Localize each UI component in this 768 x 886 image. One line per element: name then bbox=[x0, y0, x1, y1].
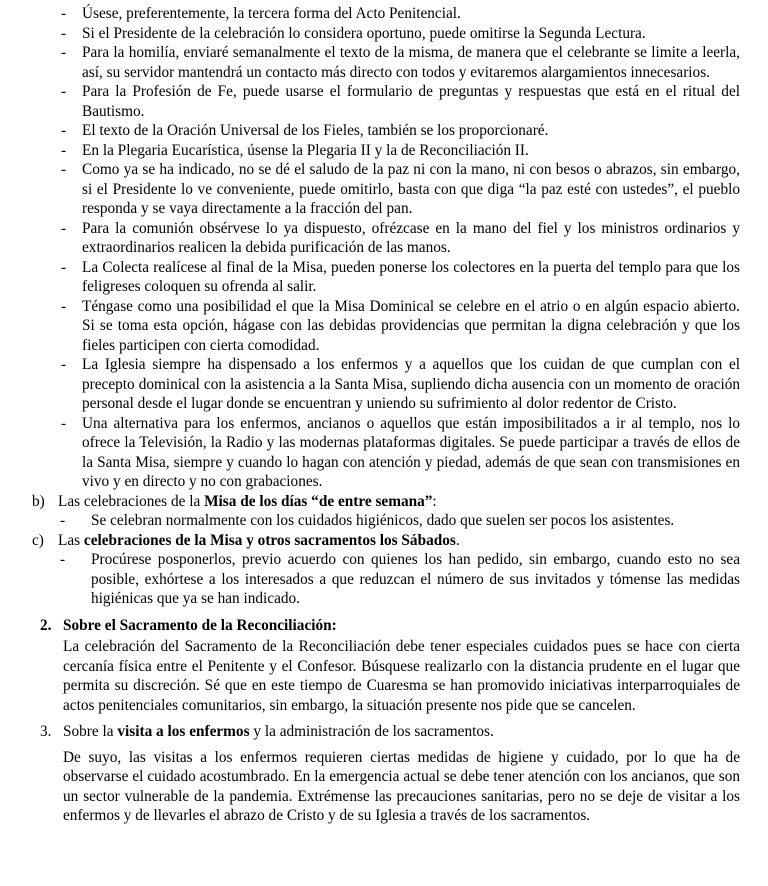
bullet-item: - Una alternativa para los enfermos, anc… bbox=[0, 414, 768, 492]
section-3-paragraph: De suyo, las visitas a los enfermos requ… bbox=[63, 748, 740, 826]
bullet-item: - La Colecta realícese al final de la Mi… bbox=[0, 258, 768, 297]
dash-bullet: - bbox=[61, 160, 66, 180]
dash-bullet: - bbox=[61, 121, 66, 141]
section-3-post: y la administración de los sacramentos. bbox=[250, 723, 494, 740]
bullet-item: - Si el Presidente de la celebración lo … bbox=[0, 24, 768, 44]
bullet-item: - El texto de la Oración Universal de lo… bbox=[0, 121, 768, 141]
item-b-pre: Las celebraciones de la bbox=[58, 493, 204, 510]
dash-bullet: - bbox=[61, 297, 66, 317]
bullet-text: La Colecta realícese al final de la Misa… bbox=[82, 258, 740, 297]
bullet-item: - Para la Profesión de Fe, puede usarse … bbox=[0, 82, 768, 121]
bullet-text: Se celebran normalmente con los cuidados… bbox=[91, 511, 740, 531]
bullet-text: Para la homilía, enviaré semanalmente el… bbox=[82, 43, 740, 82]
item-b-heading: Las celebraciones de la Misa de los días… bbox=[58, 492, 740, 512]
dash-bullet: - bbox=[61, 258, 66, 278]
bullet-item: - En la Plegaria Eucarística, úsense la … bbox=[0, 141, 768, 161]
bullet-item: - Para la homilía, enviaré semanalmente … bbox=[0, 43, 768, 82]
section-2-paragraph: La celebración del Sacramento de la Reco… bbox=[63, 637, 740, 715]
list-item-b: b) Las celebraciones de la Misa de los d… bbox=[0, 492, 768, 512]
item-b-bold: Misa de los días “de entre semana” bbox=[204, 493, 432, 510]
item-b-post: : bbox=[432, 493, 436, 510]
section-2-heading-row: 2. Sobre el Sacramento de la Reconciliac… bbox=[0, 616, 768, 636]
bullet-item: - Como ya se ha indicado, no se dé el sa… bbox=[0, 160, 768, 219]
section-3-pre: Sobre la bbox=[63, 723, 117, 740]
bullet-item: - La Iglesia siempre ha dispensado a los… bbox=[0, 355, 768, 414]
dash-bullet: - bbox=[61, 4, 66, 24]
bullet-text: Como ya se ha indicado, no se dé el salu… bbox=[82, 160, 740, 219]
bullet-text: Téngase como una posibilidad el que la M… bbox=[82, 297, 740, 356]
bullet-item: - Se celebran normalmente con los cuidad… bbox=[0, 511, 768, 531]
dash-bullet: - bbox=[61, 24, 66, 44]
dash-bullet: - bbox=[60, 550, 65, 570]
dash-bullet: - bbox=[61, 82, 66, 102]
bullet-text: Procúrese posponerlos, previo acuerdo co… bbox=[91, 550, 740, 609]
section-3-bold: visita a los enfermos bbox=[117, 723, 249, 740]
bullet-text: La Iglesia siempre ha dispensado a los e… bbox=[82, 355, 740, 414]
section-3-heading: Sobre la visita a los enfermos y la admi… bbox=[63, 722, 740, 742]
bullet-text: Úsese, preferentemente, la tercera forma… bbox=[82, 4, 740, 24]
list-item-c: c) Las celebraciones de la Misa y otros … bbox=[0, 531, 768, 551]
item-c-bold: celebraciones de la Misa y otros sacrame… bbox=[84, 532, 456, 549]
item-c-pre: Las bbox=[58, 532, 84, 549]
document-page: - Úsese, preferentemente, la tercera for… bbox=[0, 4, 768, 826]
item-c-heading: Las celebraciones de la Misa y otros sac… bbox=[58, 531, 740, 551]
bullet-text: Para la comunión obsérvese lo ya dispues… bbox=[82, 219, 740, 258]
bullet-text: Una alternativa para los enfermos, ancia… bbox=[82, 414, 740, 492]
bullet-item: - Para la comunión obsérvese lo ya dispu… bbox=[0, 219, 768, 258]
bullet-text: En la Plegaria Eucarística, úsense la Pl… bbox=[82, 141, 740, 161]
item-b-label: b) bbox=[32, 492, 45, 512]
dash-bullet: - bbox=[61, 141, 66, 161]
dash-bullet: - bbox=[61, 355, 66, 375]
section-3-heading-row: 3. Sobre la visita a los enfermos y la a… bbox=[0, 722, 768, 742]
bullet-text: Si el Presidente de la celebración lo co… bbox=[82, 24, 740, 44]
section-2-heading: Sobre el Sacramento de la Reconciliación… bbox=[63, 616, 740, 636]
bullet-text: Para la Profesión de Fe, puede usarse el… bbox=[82, 82, 740, 121]
bullet-text: El texto de la Oración Universal de los … bbox=[82, 121, 740, 141]
bullet-item: - Úsese, preferentemente, la tercera for… bbox=[0, 4, 768, 24]
dash-bullet: - bbox=[61, 414, 66, 434]
item-c-post: . bbox=[456, 532, 460, 549]
dash-bullet: - bbox=[61, 219, 66, 239]
item-c-label: c) bbox=[32, 531, 44, 551]
bullet-item: - Téngase como una posibilidad el que la… bbox=[0, 297, 768, 356]
bullet-item: - Procúrese posponerlos, previo acuerdo … bbox=[0, 550, 768, 609]
section-2-number: 2. bbox=[40, 616, 51, 636]
section-3-number: 3. bbox=[40, 722, 51, 742]
dash-bullet: - bbox=[61, 43, 66, 63]
dash-bullet: - bbox=[60, 511, 65, 531]
